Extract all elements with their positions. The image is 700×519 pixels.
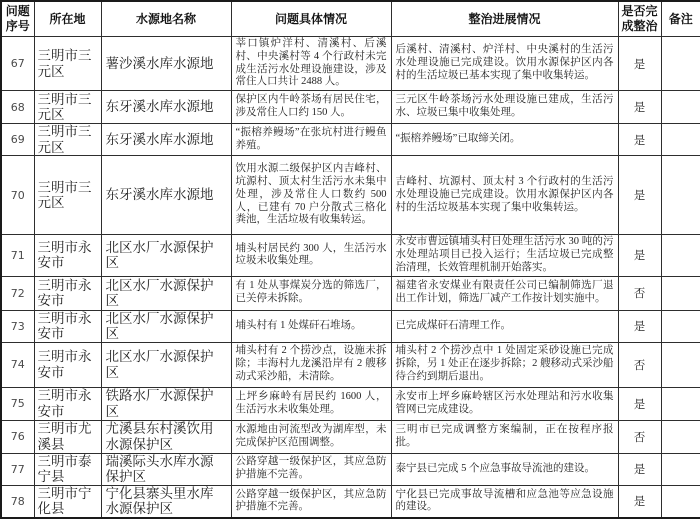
problem-cell: 上坪乡麻岭有居民约 1600 人，生活污水未收集处理。 (231, 387, 391, 420)
table-row: 75三明市永安市铁路水厂水源保护区上坪乡麻岭有居民约 1600 人，生活污水未收… (1, 387, 700, 420)
source-name-cell: 宁化县寨头里水库水源保护区 (101, 485, 231, 518)
issue-number-cell: 74 (1, 342, 34, 387)
progress-cell: 后溪村、清溪村、炉洋村、中央溪村的生活污水处理设施已完成建设。饮用水源保护区内各… (391, 37, 618, 91)
water-source-issues-table: 问题序号 所在地 水源地名称 问题具体情况 整治进展情况 是否完成整治 备注 6… (0, 0, 700, 519)
col-header-progress: 整治进展情况 (391, 1, 618, 37)
problem-cell: 有 1 处从事煤炭分选的筛选厂，已关停未拆除。 (231, 276, 391, 310)
problem-cell: 公路穿越一级保护区，其应急防护措施不完善。 (231, 485, 391, 518)
col-header-issue-number: 问题序号 (1, 1, 34, 37)
remark-cell (661, 124, 700, 156)
remark-cell (661, 485, 700, 518)
issue-number-cell: 71 (1, 235, 34, 276)
remark-cell (661, 310, 700, 342)
issue-number-cell: 72 (1, 276, 34, 310)
remark-cell (661, 453, 700, 485)
source-name-cell: 铁路水厂水源保护区 (101, 387, 231, 420)
table-row: 72三明市永安市北区水厂水源保护区有 1 处从事煤炭分选的筛选厂，已关停未拆除。… (1, 276, 700, 310)
issue-number-cell: 69 (1, 124, 34, 156)
completed-cell: 是 (618, 453, 661, 485)
table-row: 73三明市永安市北区水厂水源保护区埔头村有 1 处煤矸石堆场。已完成煤矸石清理工… (1, 310, 700, 342)
table-row: 74三明市永安市北区水厂水源保护区埔头村有 2 个捞沙点，设施未拆除；丰海村九龙… (1, 342, 700, 387)
remark-cell (661, 276, 700, 310)
remark-cell (661, 235, 700, 276)
remark-cell (661, 387, 700, 420)
progress-cell: 永安市上坪乡麻岭辖区污水处理站和污水收集管网已完成建设。 (391, 387, 618, 420)
table-row: 71三明市永安市北区水厂水源保护区埔头村居民约 300 人，生活污水垃圾未收集处… (1, 235, 700, 276)
location-cell: 三明市永安市 (34, 387, 101, 420)
table-row: 68三明市三元区东牙溪水库水源地保护区内牛岭茶场有居民住宅，涉及常住人口约 15… (1, 91, 700, 124)
problem-cell: 水源地由河流型改为湖库型，未完成保护区范围调整。 (231, 420, 391, 453)
completed-cell: 是 (618, 91, 661, 124)
table-row: 77三明市泰宁县瑞溪际头水库水源保护区公路穿越一级保护区，其应急防护措施不完善。… (1, 453, 700, 485)
progress-cell: 宁化县已完成事故导流槽和应急池等应急设施的建设。 (391, 485, 618, 518)
completed-cell: 是 (618, 37, 661, 91)
col-header-source-name: 水源地名称 (101, 1, 231, 37)
source-name-cell: 东牙溪水库水源地 (101, 124, 231, 156)
issue-number-cell: 73 (1, 310, 34, 342)
progress-cell: “振榕养鳗场”已取缔关闭。 (391, 124, 618, 156)
remark-cell (661, 37, 700, 91)
table-row: 78三明市宁化县宁化县寨头里水库水源保护区公路穿越一级保护区，其应急防护措施不完… (1, 485, 700, 518)
issue-number-cell: 76 (1, 420, 34, 453)
progress-cell: 三元区牛岭茶场污水处理设施已建成，生活污水、垃圾已集中收集处理。 (391, 91, 618, 124)
problem-cell: “振榕养鳗场”在张坑村进行鳗鱼养殖。 (231, 124, 391, 156)
location-cell: 三明市尤溪县 (34, 420, 101, 453)
completed-cell: 否 (618, 276, 661, 310)
source-name-cell: 尤溪县东村溪饮用水源保护区 (101, 420, 231, 453)
progress-cell: 福建省永安煤业有限责任公司已编制筛选厂退出工作计划，筛选厂减产工作按计划实施中。 (391, 276, 618, 310)
location-cell: 三明市泰宁县 (34, 453, 101, 485)
table-row: 70三明市三元区东牙溪水库水源地饮用水源二级保护区内吉峰村、坑源村、顶太村生活污… (1, 156, 700, 235)
remark-cell (661, 420, 700, 453)
location-cell: 三明市三元区 (34, 91, 101, 124)
location-cell: 三明市永安市 (34, 310, 101, 342)
issue-number-cell: 67 (1, 37, 34, 91)
problem-cell: 公路穿越一级保护区，其应急防护措施不完善。 (231, 453, 391, 485)
issue-number-cell: 75 (1, 387, 34, 420)
issue-number-cell: 78 (1, 485, 34, 518)
problem-cell: 饮用水源二级保护区内吉峰村、坑源村、顶太村生活污水未集中处理，涉及常住人口数约 … (231, 156, 391, 235)
table-row: 76三明市尤溪县尤溪县东村溪饮用水源保护区水源地由河流型改为湖库型，未完成保护区… (1, 420, 700, 453)
completed-cell: 是 (618, 485, 661, 518)
completed-cell: 是 (618, 235, 661, 276)
col-header-completed: 是否完成整治 (618, 1, 661, 37)
table-body: 67三明市三元区薯沙溪水库水源地莘口镇炉洋村、清溪村、后溪村、中央溪村等 4 个… (1, 37, 700, 519)
completed-cell: 是 (618, 124, 661, 156)
location-cell: 三明市永安市 (34, 235, 101, 276)
header-row: 问题序号 所在地 水源地名称 问题具体情况 整治进展情况 是否完成整治 备注 (1, 1, 700, 37)
remark-cell (661, 91, 700, 124)
problem-cell: 保护区内牛岭茶场有居民住宅，涉及常住人口约 150 人。 (231, 91, 391, 124)
source-name-cell: 北区水厂水源保护区 (101, 276, 231, 310)
progress-cell: 埔头村 2 个捞沙点中 1 处固定采砂设施已完成拆除，另 1 处正在逐步拆除；2… (391, 342, 618, 387)
progress-cell: 泰宁县已完成 5 个应急事故导流池的建设。 (391, 453, 618, 485)
source-name-cell: 东牙溪水库水源地 (101, 156, 231, 235)
table-row: 69三明市三元区东牙溪水库水源地“振榕养鳗场”在张坑村进行鳗鱼养殖。“振榕养鳗场… (1, 124, 700, 156)
problem-cell: 莘口镇炉洋村、清溪村、后溪村、中央溪村等 4 个行政村未完成生活污水处理设施建设… (231, 37, 391, 91)
completed-cell: 是 (618, 387, 661, 420)
issue-number-cell: 68 (1, 91, 34, 124)
completed-cell: 否 (618, 420, 661, 453)
location-cell: 三明市三元区 (34, 124, 101, 156)
remark-cell (661, 342, 700, 387)
issue-number-cell: 77 (1, 453, 34, 485)
location-cell: 三明市三元区 (34, 37, 101, 91)
completed-cell: 否 (618, 342, 661, 387)
location-cell: 三明市三元区 (34, 156, 101, 235)
col-header-remark: 备注 (661, 1, 700, 37)
problem-cell: 埔头村有 1 处煤矸石堆场。 (231, 310, 391, 342)
source-name-cell: 北区水厂水源保护区 (101, 235, 231, 276)
source-name-cell: 东牙溪水库水源地 (101, 91, 231, 124)
remark-cell (661, 156, 700, 235)
completed-cell: 是 (618, 156, 661, 235)
source-name-cell: 北区水厂水源保护区 (101, 310, 231, 342)
table-row: 67三明市三元区薯沙溪水库水源地莘口镇炉洋村、清溪村、后溪村、中央溪村等 4 个… (1, 37, 700, 91)
progress-cell: 三明市已完成调整方案编制，正在按程序报批。 (391, 420, 618, 453)
problem-cell: 埔头村有 2 个捞沙点，设施未拆除；丰海村九龙溪沿岸有 2 艘移动式采沙船，未清… (231, 342, 391, 387)
completed-cell: 是 (618, 310, 661, 342)
progress-cell: 吉峰村、坑源村、顶太村 3 个行政村的生活污水处理设施已完成建设。饮用水源保护区… (391, 156, 618, 235)
location-cell: 三明市宁化县 (34, 485, 101, 518)
col-header-location: 所在地 (34, 1, 101, 37)
progress-cell: 永安市曹远镇埔头村日处理生活污水 30 吨的污水处理站项目已投入运行；生活垃圾已… (391, 235, 618, 276)
location-cell: 三明市永安市 (34, 342, 101, 387)
problem-cell: 埔头村居民约 300 人，生活污水垃圾未收集处理。 (231, 235, 391, 276)
source-name-cell: 薯沙溪水库水源地 (101, 37, 231, 91)
col-header-problem-detail: 问题具体情况 (231, 1, 391, 37)
source-name-cell: 瑞溪际头水库水源保护区 (101, 453, 231, 485)
location-cell: 三明市永安市 (34, 276, 101, 310)
source-name-cell: 北区水厂水源保护区 (101, 342, 231, 387)
progress-cell: 已完成煤矸石清理工作。 (391, 310, 618, 342)
issue-number-cell: 70 (1, 156, 34, 235)
